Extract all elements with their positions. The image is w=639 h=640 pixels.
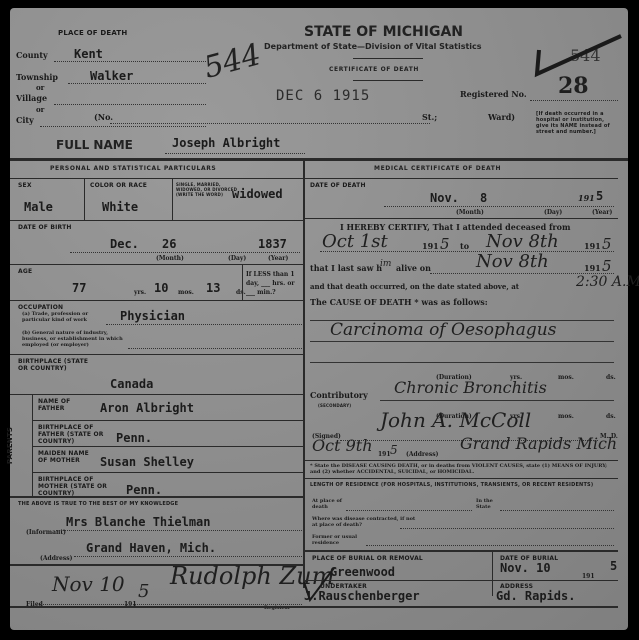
father-name-label: NAME OF FATHER: [38, 398, 88, 412]
signed-year-prefix: 191: [378, 450, 391, 459]
contracted-label: Where was disease contracted, if not at …: [312, 516, 422, 528]
last-saw-text: that I last saw h: [310, 264, 382, 273]
rule: [305, 218, 618, 219]
dob-line: [70, 252, 300, 253]
occupation-value: Physician: [120, 310, 185, 323]
rule: [305, 580, 618, 581]
dod-line: [384, 206, 614, 207]
township-label: Township: [16, 73, 58, 82]
physician-address: Grand Rapids Mich: [460, 436, 617, 452]
duration-ds-1: ds.: [606, 373, 616, 382]
alive-on-text: alive on: [396, 264, 431, 273]
state-title: STATE OF MICHIGAN: [304, 24, 463, 40]
dod-year-caption: (Year): [592, 208, 612, 217]
birthplace-value: Canada: [110, 378, 153, 391]
in-state-label: In the State: [476, 498, 500, 510]
to-year-prefix: 191: [584, 242, 601, 251]
last-saw-year-prefix: 191: [584, 264, 601, 273]
rule: [10, 354, 303, 355]
informant-address-value: Grand Haven, Mich.: [86, 542, 216, 555]
duration-mos-2: mos.: [558, 412, 574, 421]
dob-month: Dec.: [110, 238, 139, 251]
from-year: 5: [440, 236, 450, 252]
rule: [172, 178, 173, 220]
month-caption: (Month): [156, 254, 184, 263]
dob-label: DATE OF BIRTH: [18, 224, 72, 231]
cause-footnote: * State the DISEASE CAUSING DEATH, or in…: [310, 463, 614, 475]
last-saw-year: 5: [602, 258, 612, 274]
informant-address-label: (Address): [40, 554, 72, 563]
contracted-line: [400, 528, 614, 529]
checkmark-icon: [525, 30, 625, 80]
section-divider: [10, 158, 628, 161]
cause-value: Carcinoma of Oesophagus: [330, 322, 556, 338]
certificate-title: CERTIFICATE OF DEATH: [329, 66, 419, 73]
age-months: 10: [154, 282, 168, 295]
from-year-prefix: 191: [422, 242, 439, 251]
burial-label: PLACE OF BURIAL OR REMOVAL: [312, 555, 423, 562]
residence-label: LENGTH OF RESIDENCE (FOR HOSPITALS, INST…: [310, 482, 610, 488]
signed-date: Oct 9th: [312, 438, 373, 454]
hospital-note: [If death occurred in a hospital or inst…: [536, 111, 616, 135]
race-value: White: [102, 201, 138, 214]
attended-from: Oct 1st: [322, 234, 388, 250]
father-birthplace-label: BIRTHPLACE OF FATHER (State or country): [38, 424, 116, 445]
received-date-stamp: DEC 6 1915: [276, 88, 370, 104]
last-saw-suffix: im: [380, 256, 391, 272]
physician-address-label: (Address): [406, 450, 438, 459]
or-text-2: or: [36, 105, 44, 114]
age-days: 13: [206, 282, 220, 295]
rule: [32, 394, 33, 496]
death-certificate: PLACE OF DEATH County Kent Township Walk…: [10, 8, 628, 630]
father-birthplace-value: Penn.: [116, 432, 152, 445]
medical-section-title: MEDICAL CERTIFICATE OF DEATH: [374, 165, 501, 172]
street-line: [110, 123, 430, 124]
burial-date-value: Nov. 10: [500, 562, 551, 575]
age-years: 77: [72, 282, 86, 295]
yrs-caption: yrs.: [134, 288, 146, 297]
burial-year: 5: [610, 560, 617, 573]
physician-signature: John A. McColl: [380, 412, 531, 428]
mother-name-value: Susan Shelley: [100, 456, 194, 469]
cause-line-2: [310, 341, 614, 342]
birthplace-label: BIRTHPLACE (State or country): [18, 358, 98, 372]
dod-year-prefix: 191: [578, 194, 595, 203]
contributory-value: Chronic Bronchitis: [394, 380, 547, 396]
township-value: Walker: [90, 70, 133, 83]
occupation-label: OCCUPATION: [18, 304, 63, 311]
occupation-b-label: (b) General nature of industry, business…: [22, 330, 132, 348]
mother-birthplace-label: BIRTHPLACE OF MOTHER (State or country): [38, 476, 116, 497]
rule: [32, 420, 303, 421]
title-rule-top: [353, 58, 423, 59]
day-caption: (Day): [228, 254, 246, 263]
column-divider: [303, 158, 305, 588]
county-value: Kent: [74, 48, 103, 61]
cause-text: The CAUSE OF DEATH * was as follows:: [310, 298, 488, 307]
marital-value: widowed: [232, 188, 283, 201]
st-label: St.;: [422, 113, 437, 122]
rule: [10, 300, 303, 301]
cause-line-1: [310, 320, 614, 321]
dod-day-caption: (Day): [544, 208, 562, 217]
city-line: [40, 126, 206, 127]
industry-line: [128, 348, 302, 349]
former-residence-line: [366, 545, 614, 546]
ds-caption: ds.: [236, 288, 246, 297]
last-saw-date: Nov 8th: [476, 254, 549, 270]
rule: [305, 178, 618, 179]
rule: [10, 264, 303, 265]
race-label: COLOR OR RACE: [90, 182, 147, 189]
rule: [84, 178, 85, 220]
dod-label: DATE OF DEATH: [310, 182, 366, 189]
attended-to: Nov 8th: [486, 234, 559, 250]
signed-year: 5: [390, 442, 398, 458]
informant-line: [56, 530, 302, 531]
attended-line: [320, 251, 614, 252]
mother-name-label: MAIDEN NAME OF MOTHER: [38, 450, 98, 464]
personal-section-title: PERSONAL AND STATISTICAL PARTICULARS: [50, 165, 216, 172]
rule: [32, 472, 303, 473]
to-label: to: [460, 242, 469, 251]
filed-year: 5: [138, 584, 149, 600]
full-name-value: Joseph Albright: [172, 137, 280, 150]
contributory-line: [380, 400, 614, 401]
no-label: (No.: [94, 113, 113, 122]
occurred-text: and that death occurred, on the date sta…: [310, 282, 519, 291]
rule: [10, 496, 303, 498]
year-caption: (Year): [268, 254, 288, 263]
occupation-a-label: (a) Trade, profession or particular kind…: [22, 311, 114, 323]
rule: [305, 460, 618, 461]
rule: [305, 550, 618, 552]
filed-date: Nov 10: [52, 576, 125, 592]
less-than-day-label: If LESS than 1 day, ___ hrs. or ___ min.…: [246, 270, 300, 297]
age-label: AGE: [18, 268, 32, 275]
or-text-1: or: [36, 83, 44, 92]
dod-month-caption: (Month): [456, 208, 484, 217]
full-name-label: FULL NAME: [56, 138, 133, 152]
in-state-line: [500, 510, 614, 511]
village-line: [54, 104, 206, 105]
dod-day: 8: [480, 192, 487, 205]
rule: [10, 178, 303, 179]
registered-no-label: Registered No.: [460, 90, 527, 99]
duration-mos-1: mos.: [558, 373, 574, 382]
rule: [305, 478, 618, 479]
occupation-line: [106, 324, 302, 325]
cause-line-3: [310, 362, 614, 363]
contributory-label: Contributory: [310, 391, 368, 400]
full-name-line: [165, 153, 305, 154]
rule: [32, 446, 303, 447]
handwritten-file-number: 544: [203, 47, 262, 77]
at-place-line: [346, 510, 472, 511]
department-title: Department of State—Division of Vital St…: [264, 42, 482, 51]
former-residence-label: Former or usual residence: [312, 534, 358, 546]
undertaker-address-value: Gd. Rapids.: [496, 590, 575, 603]
rule: [10, 394, 303, 395]
title-rule-bottom: [353, 80, 423, 81]
rule: [10, 606, 618, 608]
village-label: Village: [16, 94, 47, 103]
burial-checkmark-icon: [300, 564, 340, 604]
at-place-label: At place of death: [312, 498, 346, 510]
secondary-label: (SECONDARY): [318, 402, 351, 409]
dod-month: Nov.: [430, 192, 459, 205]
death-time: 2:30 A.M.: [576, 274, 639, 290]
place-of-death-label: PLACE OF DEATH: [58, 30, 127, 37]
rule: [10, 220, 303, 221]
dob-day: 26: [162, 238, 176, 251]
to-year: 5: [602, 236, 612, 252]
informant-value: Mrs Blanche Thielman: [66, 516, 211, 529]
sex-value: Male: [24, 201, 53, 214]
dod-year: 5: [596, 190, 603, 203]
city-label: City: [16, 116, 34, 125]
filed-line: [40, 604, 302, 605]
rule: [492, 552, 493, 596]
informant-section-label: THE ABOVE IS TRUE TO THE BEST OF MY KNOW…: [18, 501, 178, 508]
township-line: [68, 83, 206, 84]
duration-ds-2: ds.: [606, 412, 616, 421]
parents-label: PARENTS: [7, 427, 14, 464]
rule: [242, 264, 243, 300]
county-line: [54, 61, 206, 62]
mos-caption: mos.: [178, 288, 194, 297]
registered-no-line: [530, 100, 618, 101]
ward-label: Ward): [488, 113, 515, 122]
dob-year: 1837: [258, 238, 287, 251]
father-name-value: Aron Albright: [100, 402, 194, 415]
sex-label: SEX: [18, 182, 32, 189]
registered-no-value: 28: [558, 78, 589, 94]
address-line: [74, 556, 302, 557]
county-label: County: [16, 51, 48, 60]
